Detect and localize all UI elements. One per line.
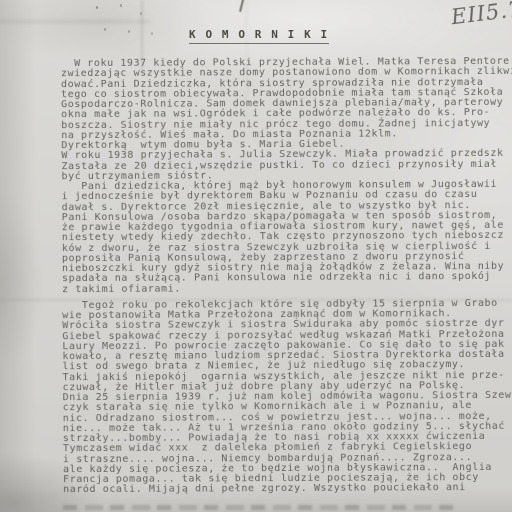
page-title: K O M O R N I K I: [189, 28, 329, 44]
scanned-document-page: EII5.7 K O M O R N I K I W roku 1937 kie…: [0, 0, 512, 512]
typed-line: z takimi ofiarami.: [62, 282, 512, 295]
cutoff-line-smudge: [63, 505, 453, 510]
typed-text-block: W roku 1937 kiedy do Polski przyjechała …: [61, 57, 512, 496]
pencil-specks: [96, 6, 98, 9]
